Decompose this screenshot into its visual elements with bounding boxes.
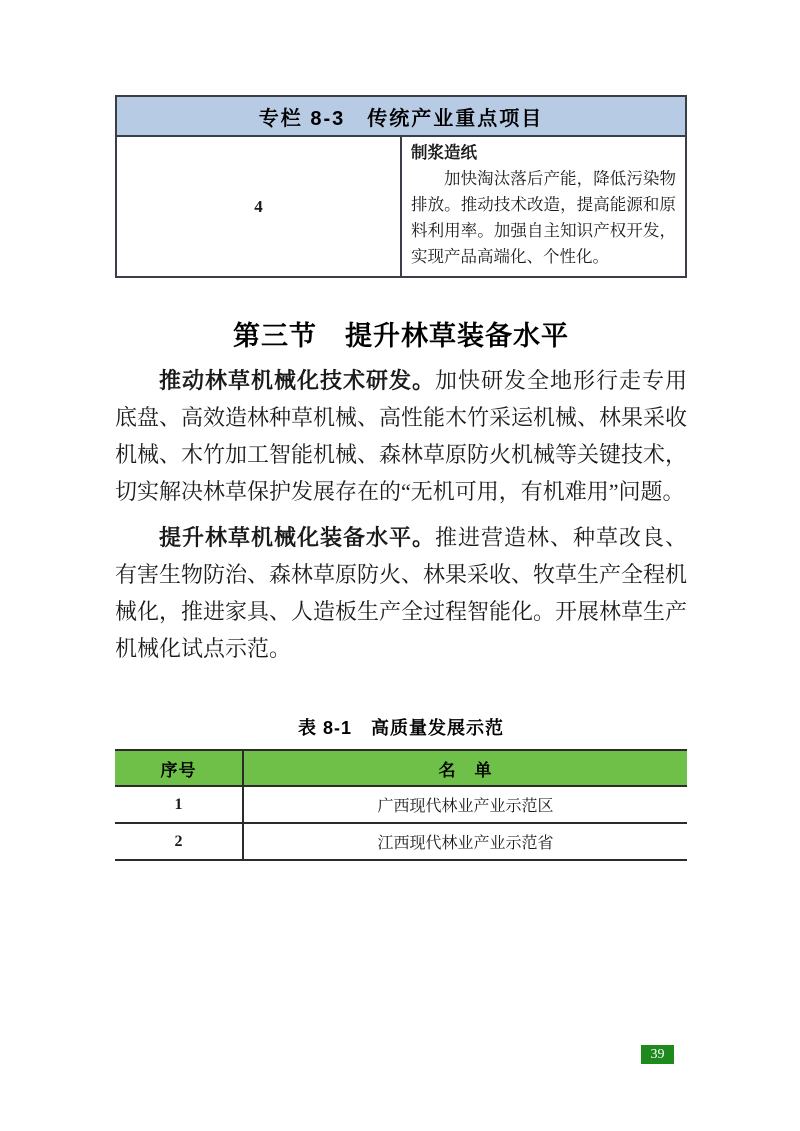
demo-table-header-name: 名 单: [243, 750, 687, 786]
demonstration-table: 序号 名 单 1 广西现代林业产业示范区 2 江西现代林业产业示范省: [115, 749, 687, 861]
paragraph-1: 推动林草机械化技术研发。加快研发全地形行走专用底盘、高效造林种草机械、高性能木竹…: [115, 362, 687, 510]
box-table-title: 专栏 8-3 传统产业重点项目: [116, 96, 686, 136]
box-table-row-content: 制浆造纸 加快淘汰落后产能，降低污染物排放。推动技术改造，提高能源和原料利用率。…: [401, 136, 686, 277]
paragraph-2: 提升林草机械化装备水平。推进营造林、种草改良、有害生物防治、森林草原防火、林果采…: [115, 519, 687, 667]
demo-table-header-row: 序号 名 单: [115, 750, 687, 786]
box-table-row-number: 4: [116, 136, 401, 277]
demo-table-caption: 表 8-1 高质量发展示范: [115, 714, 687, 740]
demo-row-1-name: 广西现代林业产业示范区: [243, 786, 687, 823]
document-page: { "box_table": { "title": "专栏 8-3 传统产业重点…: [0, 0, 800, 1131]
demo-row-2-no: 2: [115, 823, 243, 860]
table-row: 2 江西现代林业产业示范省: [115, 823, 687, 860]
box-table-row: 4 制浆造纸 加快淘汰落后产能，降低污染物排放。推动技术改造，提高能源和原料利用…: [116, 136, 686, 277]
section-heading: 第三节 提升林草装备水平: [115, 314, 687, 353]
key-projects-box-table: 专栏 8-3 传统产业重点项目 4 制浆造纸 加快淘汰落后产能，降低污染物排放。…: [115, 95, 687, 278]
box-item-title: 制浆造纸: [411, 140, 676, 166]
table-row: 1 广西现代林业产业示范区: [115, 786, 687, 823]
page-number-badge: 39: [641, 1045, 674, 1064]
page-content: 专栏 8-3 传统产业重点项目 4 制浆造纸 加快淘汰落后产能，降低污染物排放。…: [115, 0, 687, 861]
paragraph-1-lead: 推动林草机械化技术研发。: [159, 368, 435, 393]
box-table-header-row: 专栏 8-3 传统产业重点项目: [116, 96, 686, 136]
demo-row-2-name: 江西现代林业产业示范省: [243, 823, 687, 860]
demo-table-header-no: 序号: [115, 750, 243, 786]
paragraph-2-lead: 提升林草机械化装备水平。: [159, 525, 435, 550]
demo-row-1-no: 1: [115, 786, 243, 823]
box-item-text: 加快淘汰落后产能，降低污染物排放。推动技术改造，提高能源和原料利用率。加强自主知…: [411, 166, 676, 270]
